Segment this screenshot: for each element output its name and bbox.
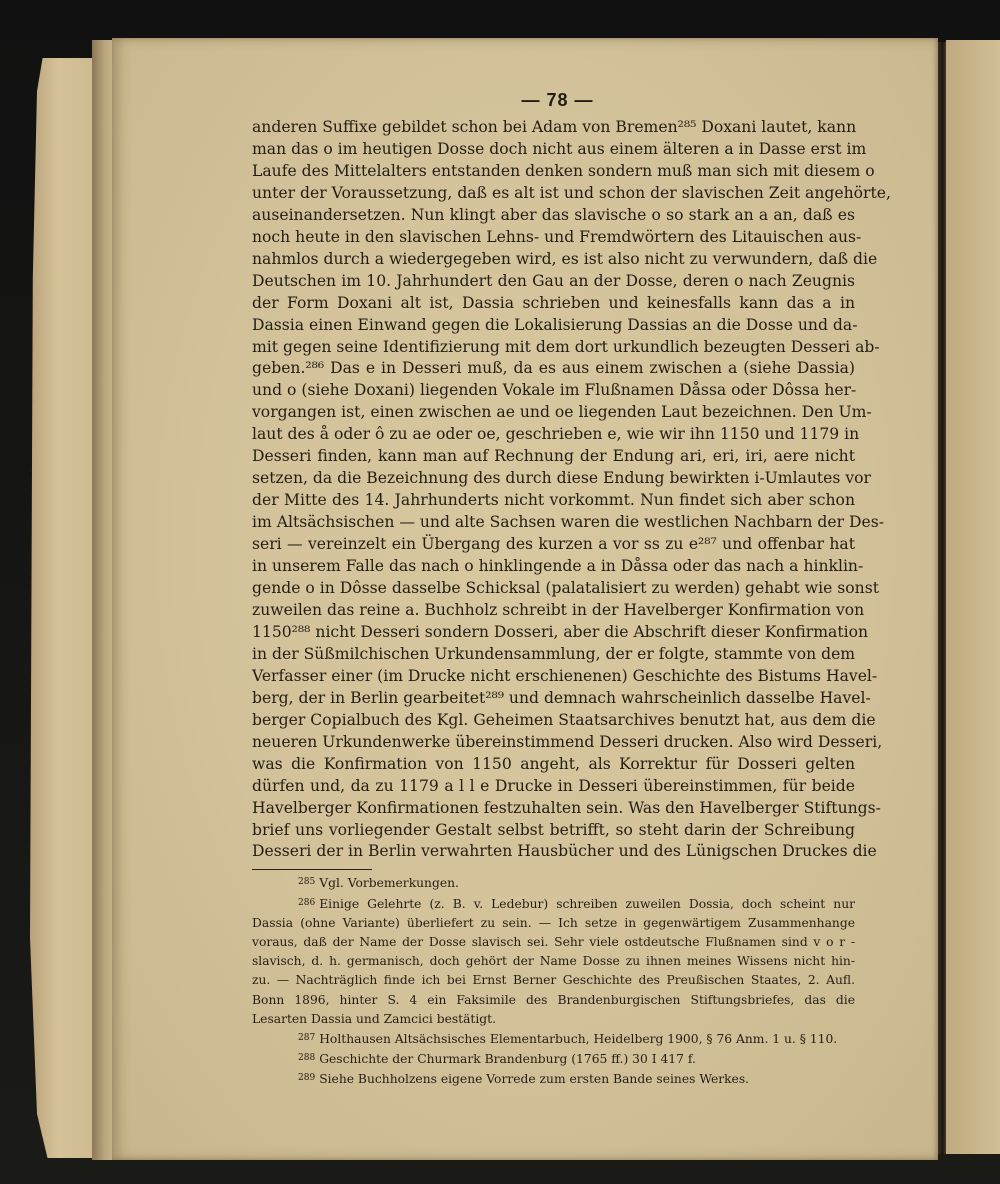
body-line: unter der Voraussetzung, daß es alt ist … (252, 183, 855, 205)
footnote-text: slavisch, d. h. germanisch, doch gehört … (252, 954, 855, 968)
body-line: auseinandersetzen. Nun klingt aber das s… (252, 205, 855, 227)
body-line: Verfasser einer (im Drucke nicht erschie… (252, 666, 855, 688)
body-line: im Altsächsischen — und alte Sachsen war… (252, 512, 855, 534)
body-line: Havelberger Konfirmationen festzuhalten … (252, 798, 855, 820)
body-line: setzen, da die Bezeichnung des durch die… (252, 468, 855, 490)
page-content: — 78 — anderen Suffixe gebildet schon be… (252, 86, 855, 1090)
previous-page-edge (30, 58, 100, 1158)
footnote-line: Dassia (ohne Variante) überliefert zu se… (252, 914, 855, 933)
body-line: berg, der in Berlin gearbeitet²⁸⁹ und de… (252, 688, 855, 710)
footnote-text: Einige Gelehrte (z. B. v. Ledebur) schre… (319, 897, 855, 911)
body-line: der Mitte des 14. Jahrhunderts nicht vor… (252, 490, 855, 512)
footnote-line: 285Vgl. Vorbemerkungen. (252, 873, 855, 893)
footnote-line: 286Einige Gelehrte (z. B. v. Ledebur) sc… (252, 894, 855, 914)
footnote-line: Bonn 1896, hinter S. 4 ein Faksimile des… (252, 991, 855, 1010)
footnote-line: 288Geschichte der Churmark Brandenburg (… (252, 1049, 855, 1069)
body-line: laut des å oder ô zu ae oder oe, geschri… (252, 424, 855, 446)
body-line: neueren Urkundenwerke übereinstimmend De… (252, 732, 855, 754)
footnote-number: 289 (298, 1073, 315, 1083)
body-line: der Form Doxani alt ist, Dassia schriebe… (252, 293, 855, 315)
body-line: brief uns vorliegender Gestalt selbst be… (252, 820, 855, 842)
body-line: Desseri finden, kann man auf Rechnung de… (252, 446, 855, 468)
body-line: Desseri der in Berlin verwahrten Hausbüc… (252, 841, 855, 863)
body-line: Dassia einen Einwand gegen die Lokalisie… (252, 315, 855, 337)
body-line: nahmlos durch a wiedergegeben wird, es i… (252, 249, 855, 271)
book-gutter (938, 42, 946, 1154)
footnote-line: 287Holthausen Altsächsisches Elementarbu… (252, 1029, 855, 1049)
footnote-text: Lesarten Dassia und Zamcici bestätigt. (252, 1012, 496, 1026)
body-line: man das o im heutigen Dosse doch nicht a… (252, 139, 855, 161)
page-number: — 78 — (260, 86, 855, 114)
body-line: in der Süßmilchischen Urkundensammlung, … (252, 644, 855, 666)
footnote-text: Bonn 1896, hinter S. 4 ein Faksimile des… (252, 993, 855, 1007)
footnote-line: 289Siehe Buchholzens eigene Vorrede zum … (252, 1069, 855, 1089)
footnote-text: zu. — Nachträglich finde ich bei Ernst B… (252, 973, 855, 987)
body-line: vorgangen ist, einen zwischen ae und oe … (252, 402, 855, 424)
footnote-number: 287 (298, 1033, 315, 1043)
footnote-line: voraus, daß der Name der Dosse slavisch … (252, 933, 855, 952)
footnotes: 285Vgl. Vorbemerkungen.286Einige Gelehrt… (252, 873, 855, 1089)
body-line: 1150²⁸⁸ nicht Desseri sondern Dosseri, a… (252, 622, 855, 644)
body-line: noch heute in den slavischen Lehns- und … (252, 227, 855, 249)
body-line: gende o in Dôsse dasselbe Schicksal (pal… (252, 578, 855, 600)
body-line: zuweilen das reine a. Buchholz schreibt … (252, 600, 855, 622)
footnote-line: Lesarten Dassia und Zamcici bestätigt. (252, 1010, 855, 1029)
footnote-number: 286 (298, 898, 315, 908)
body-line: was die Konfirmation von 1150 angeht, al… (252, 754, 855, 776)
body-text: anderen Suffixe gebildet schon bei Adam … (252, 117, 855, 863)
body-line: Deutschen im 10. Jahrhundert den Gau an … (252, 271, 855, 293)
footnote-text: Geschichte der Churmark Brandenburg (176… (319, 1052, 696, 1066)
body-line: Laufe des Mittelalters entstanden denken… (252, 161, 855, 183)
footnote-text: voraus, daß der Name der Dosse slavisch … (252, 935, 855, 949)
next-page-edge (946, 40, 1000, 1154)
footnote-line: zu. — Nachträglich finde ich bei Ernst B… (252, 971, 855, 990)
footnote-line: slavisch, d. h. germanisch, doch gehört … (252, 952, 855, 971)
footnote-text: Holthausen Altsächsisches Elementarbuch,… (319, 1032, 837, 1046)
body-line: mit gegen seine Identifizierung mit dem … (252, 337, 855, 359)
body-line: geben.²⁸⁶ Das e in Desseri muß, da es au… (252, 358, 855, 380)
footnote-number: 285 (298, 877, 315, 887)
body-line: und o (siehe Doxani) liegenden Vokale im… (252, 380, 855, 402)
footnote-text: Dassia (ohne Variante) überliefert zu se… (252, 916, 855, 930)
footnote-divider (252, 869, 372, 870)
body-line: seri — vereinzelt ein Übergang des kurze… (252, 534, 855, 556)
body-line: anderen Suffixe gebildet schon bei Adam … (252, 117, 855, 139)
footnote-text: Vgl. Vorbemerkungen. (319, 876, 459, 890)
body-line: berger Copialbuch des Kgl. Geheimen Staa… (252, 710, 855, 732)
footnote-text: Siehe Buchholzens eigene Vorrede zum ers… (319, 1072, 749, 1086)
footnote-number: 288 (298, 1053, 315, 1063)
body-line: in unserem Falle das nach o hinklingende… (252, 556, 855, 578)
body-line: dürfen und, da zu 1179 a l l e Drucke in… (252, 776, 855, 798)
